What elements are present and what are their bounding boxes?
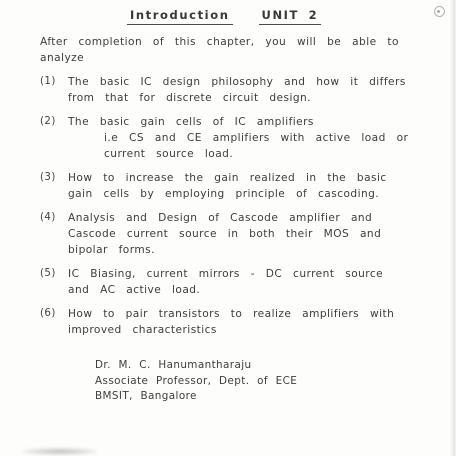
item-number: (1) <box>40 74 68 106</box>
author-institution: BMSIT, Bangalore <box>95 389 456 405</box>
list-item: (3) How to increase the gain realized in… <box>40 170 430 202</box>
list-item: (2) The basic gain cells of IC amplifier… <box>40 114 430 162</box>
item-line: improved characteristics <box>68 322 430 338</box>
scan-smudge <box>22 448 97 455</box>
item-line: gain cells by employing principle of cas… <box>68 186 430 202</box>
item-number: (4) <box>40 210 68 258</box>
objectives-list: (1) The basic IC design philosophy and h… <box>40 74 430 338</box>
item-line: from that for discrete circuit design. <box>68 90 430 106</box>
intro-paragraph: After completion of this chapter, you wi… <box>40 34 426 66</box>
page-number-mark-icon <box>434 6 445 17</box>
intro-line-1: After completion of this chapter, you wi… <box>40 34 426 50</box>
item-line: current source load. <box>68 146 430 162</box>
notebook-page: Introduction UNIT 2 After completion of … <box>0 0 456 456</box>
author-signature-block: Dr. M. C. Hanumantharaju Associate Profe… <box>95 358 456 405</box>
author-title: Associate Professor, Dept. of ECE <box>95 374 456 390</box>
page-title: Introduction <box>127 8 233 25</box>
item-line: IC Biasing, current mirrors - DC current… <box>68 266 430 282</box>
item-number: (6) <box>40 306 68 338</box>
item-number: (5) <box>40 266 68 298</box>
author-name: Dr. M. C. Hanumantharaju <box>95 358 456 374</box>
item-line: i.e CS and CE amplifiers with active loa… <box>68 130 430 146</box>
item-line: How to increase the gain realized in the… <box>68 170 430 186</box>
item-line: Cascode current source in both their MOS… <box>68 226 430 242</box>
item-line: Analysis and Design of Cascode amplifier… <box>68 210 430 226</box>
item-line: How to pair transistors to realize ampli… <box>68 306 430 322</box>
item-line: The basic gain cells of IC amplifiers <box>68 114 430 130</box>
list-item: (5) IC Biasing, current mirrors - DC cur… <box>40 266 430 298</box>
list-item: (4) Analysis and Design of Cascode ampli… <box>40 210 430 258</box>
item-line: The basic IC design philosophy and how i… <box>68 74 430 90</box>
item-number: (3) <box>40 170 68 202</box>
page-header: Introduction UNIT 2 <box>0 0 456 25</box>
item-line: and AC active load. <box>68 282 430 298</box>
intro-line-2: analyze <box>40 50 426 66</box>
list-item: (6) How to pair transistors to realize a… <box>40 306 430 338</box>
item-number: (2) <box>40 114 68 162</box>
item-line: bipolar forms. <box>68 242 430 258</box>
unit-label: UNIT 2 <box>259 8 322 25</box>
list-item: (1) The basic IC design philosophy and h… <box>40 74 430 106</box>
